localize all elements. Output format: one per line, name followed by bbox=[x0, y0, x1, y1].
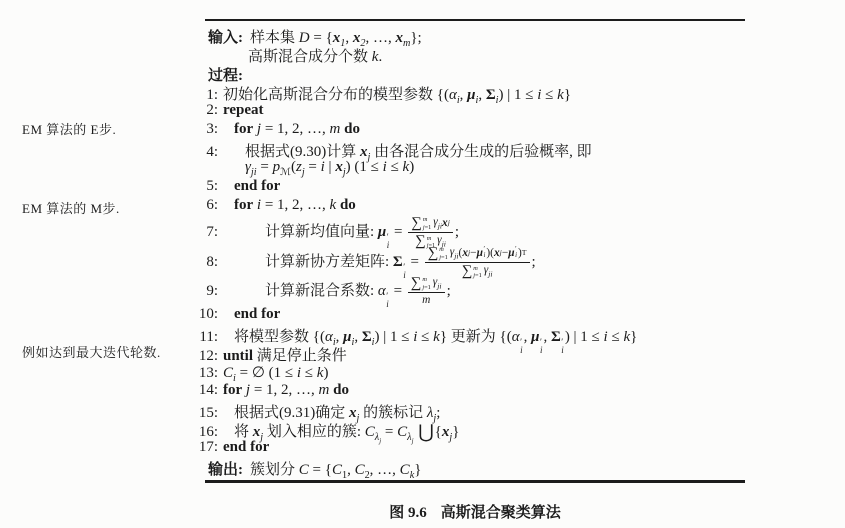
process-label: 过程: bbox=[208, 64, 243, 85]
algo-step-4: 4:根据式(9.30)计算 xj 由各混合成分生成的后验概率, 即 bbox=[185, 140, 748, 159]
margin-note-stop-condition: 例如达到最大迭代轮数. bbox=[22, 342, 161, 361]
step-number: 6: bbox=[185, 197, 218, 214]
step-content: γji = pℳ(zj = i | xj) (1 ≤ i ≤ k) bbox=[223, 159, 414, 178]
step-number: 11: bbox=[185, 329, 218, 346]
algo-step-15: 14:for j = 1, 2, …, m do bbox=[185, 382, 748, 401]
step-number: 17: bbox=[185, 439, 218, 456]
step-content: 计算新协方差矩阵: Σ′i = ∑mj=1γji(xj−μ′i)(xj−μ′i)… bbox=[223, 246, 536, 280]
step-number: 9: bbox=[185, 283, 218, 300]
algo-step-10: 9:计算新混合系数: α′i = ∑mj=1γjim; bbox=[185, 276, 748, 306]
output-line: 输出: 簇划分 C = {C1, C2, …, Ck} bbox=[185, 458, 748, 478]
input-label: 输入: bbox=[208, 26, 243, 47]
step-number: 2: bbox=[185, 102, 218, 119]
step-content: 计算新均值向量: μ′i = ∑mj=1γjixj∑mj=1γji; bbox=[223, 216, 459, 250]
step-content: until 满足停止条件 bbox=[223, 344, 347, 365]
process-line: 过程: bbox=[185, 64, 748, 83]
step-number: 5: bbox=[185, 178, 218, 195]
step-content: 计算新混合系数: α′i = ∑mj=1γjim; bbox=[223, 276, 451, 309]
algo-step-7: 6:for i = 1, 2, …, k do bbox=[185, 197, 748, 216]
step-content: repeat bbox=[223, 102, 264, 119]
algo-step-1: 1:初始化高斯混合分布的模型参数 {(αi, μi, Σi) | 1 ≤ i ≤… bbox=[185, 83, 748, 102]
algo-step-12: 11:将模型参数 {(αi, μi, Σi) | 1 ≤ i ≤ k} 更新为 … bbox=[185, 325, 748, 344]
step-number: 4: bbox=[185, 144, 218, 161]
step-number: 12: bbox=[185, 348, 218, 365]
step-content: Ci = ∅ (1 ≤ i ≤ k) bbox=[223, 363, 328, 384]
step-content: for j = 1, 2, …, m do bbox=[223, 121, 360, 138]
output-label: 输出: bbox=[208, 458, 243, 479]
step-number: 10: bbox=[185, 306, 218, 323]
figure-title: 高斯混合聚类算法 bbox=[441, 505, 561, 521]
algo-step-6: 5:end for bbox=[185, 178, 748, 197]
input-line-1: 输入: 样本集 D = {x1, x2, …, xm}; bbox=[185, 26, 748, 45]
algo-step-11: 10:end for bbox=[185, 306, 748, 325]
input-content-2: 高斯混合成分个数 k. bbox=[248, 45, 382, 66]
step-number: 15: bbox=[185, 405, 218, 422]
input-line-2: 高斯混合成分个数 k. bbox=[185, 45, 748, 64]
step-content: for j = 1, 2, …, m do bbox=[223, 382, 349, 399]
algorithm-body: 输入: 样本集 D = {x1, x2, …, xm}; 高斯混合成分个数 k.… bbox=[185, 21, 748, 478]
algorithm-box: 输入: 样本集 D = {x1, x2, …, xm}; 高斯混合成分个数 k.… bbox=[185, 19, 748, 483]
step-number: 3: bbox=[185, 121, 218, 138]
output-content: 簇划分 C = {C1, C2, …, Ck} bbox=[250, 458, 421, 481]
figure-number: 图 9.6 bbox=[389, 505, 427, 521]
step-content: end for bbox=[223, 306, 280, 323]
algo-step-9: 8:计算新协方差矩阵: Σ′i = ∑mj=1γji(xj−μ′i)(xj−μ′… bbox=[185, 246, 748, 276]
step-number: 13: bbox=[185, 365, 218, 382]
step-content: 初始化高斯混合分布的模型参数 {(αi, μi, Σi) | 1 ≤ i ≤ k… bbox=[223, 83, 571, 106]
step-content: end for bbox=[223, 178, 280, 195]
step-content: end for bbox=[223, 439, 269, 456]
step-number: 8: bbox=[185, 254, 218, 271]
algo-step-17: 16:将 xj 划入相应的簇: Cλj = Cλj ⋃{xj} bbox=[185, 420, 748, 439]
algo-steps: 1:初始化高斯混合分布的模型参数 {(αi, μi, Σi) | 1 ≤ i ≤… bbox=[185, 83, 748, 458]
algo-step-3: 3:for j = 1, 2, …, m do bbox=[185, 121, 748, 140]
figure-caption: 图 9.6高斯混合聚类算法 bbox=[205, 501, 745, 522]
book-page: EM 算法的 E步. EM 算法的 M步. 例如达到最大迭代轮数. 输入: 样本… bbox=[0, 0, 845, 528]
step-number: 14: bbox=[185, 382, 218, 399]
margin-note-em-e-step: EM 算法的 E步. bbox=[22, 119, 116, 138]
algo-step-14: 13:Ci = ∅ (1 ≤ i ≤ k) bbox=[185, 363, 748, 382]
algo-step-8: 7:计算新均值向量: μ′i = ∑mj=1γjixj∑mj=1γji; bbox=[185, 216, 748, 246]
margin-note-em-m-step: EM 算法的 M步. bbox=[22, 198, 120, 217]
step-content: for i = 1, 2, …, k do bbox=[223, 197, 356, 214]
algo-step-16: 15:根据式(9.31)确定 xj 的簇标记 λj; bbox=[185, 401, 748, 420]
step-number: 7: bbox=[185, 224, 218, 241]
